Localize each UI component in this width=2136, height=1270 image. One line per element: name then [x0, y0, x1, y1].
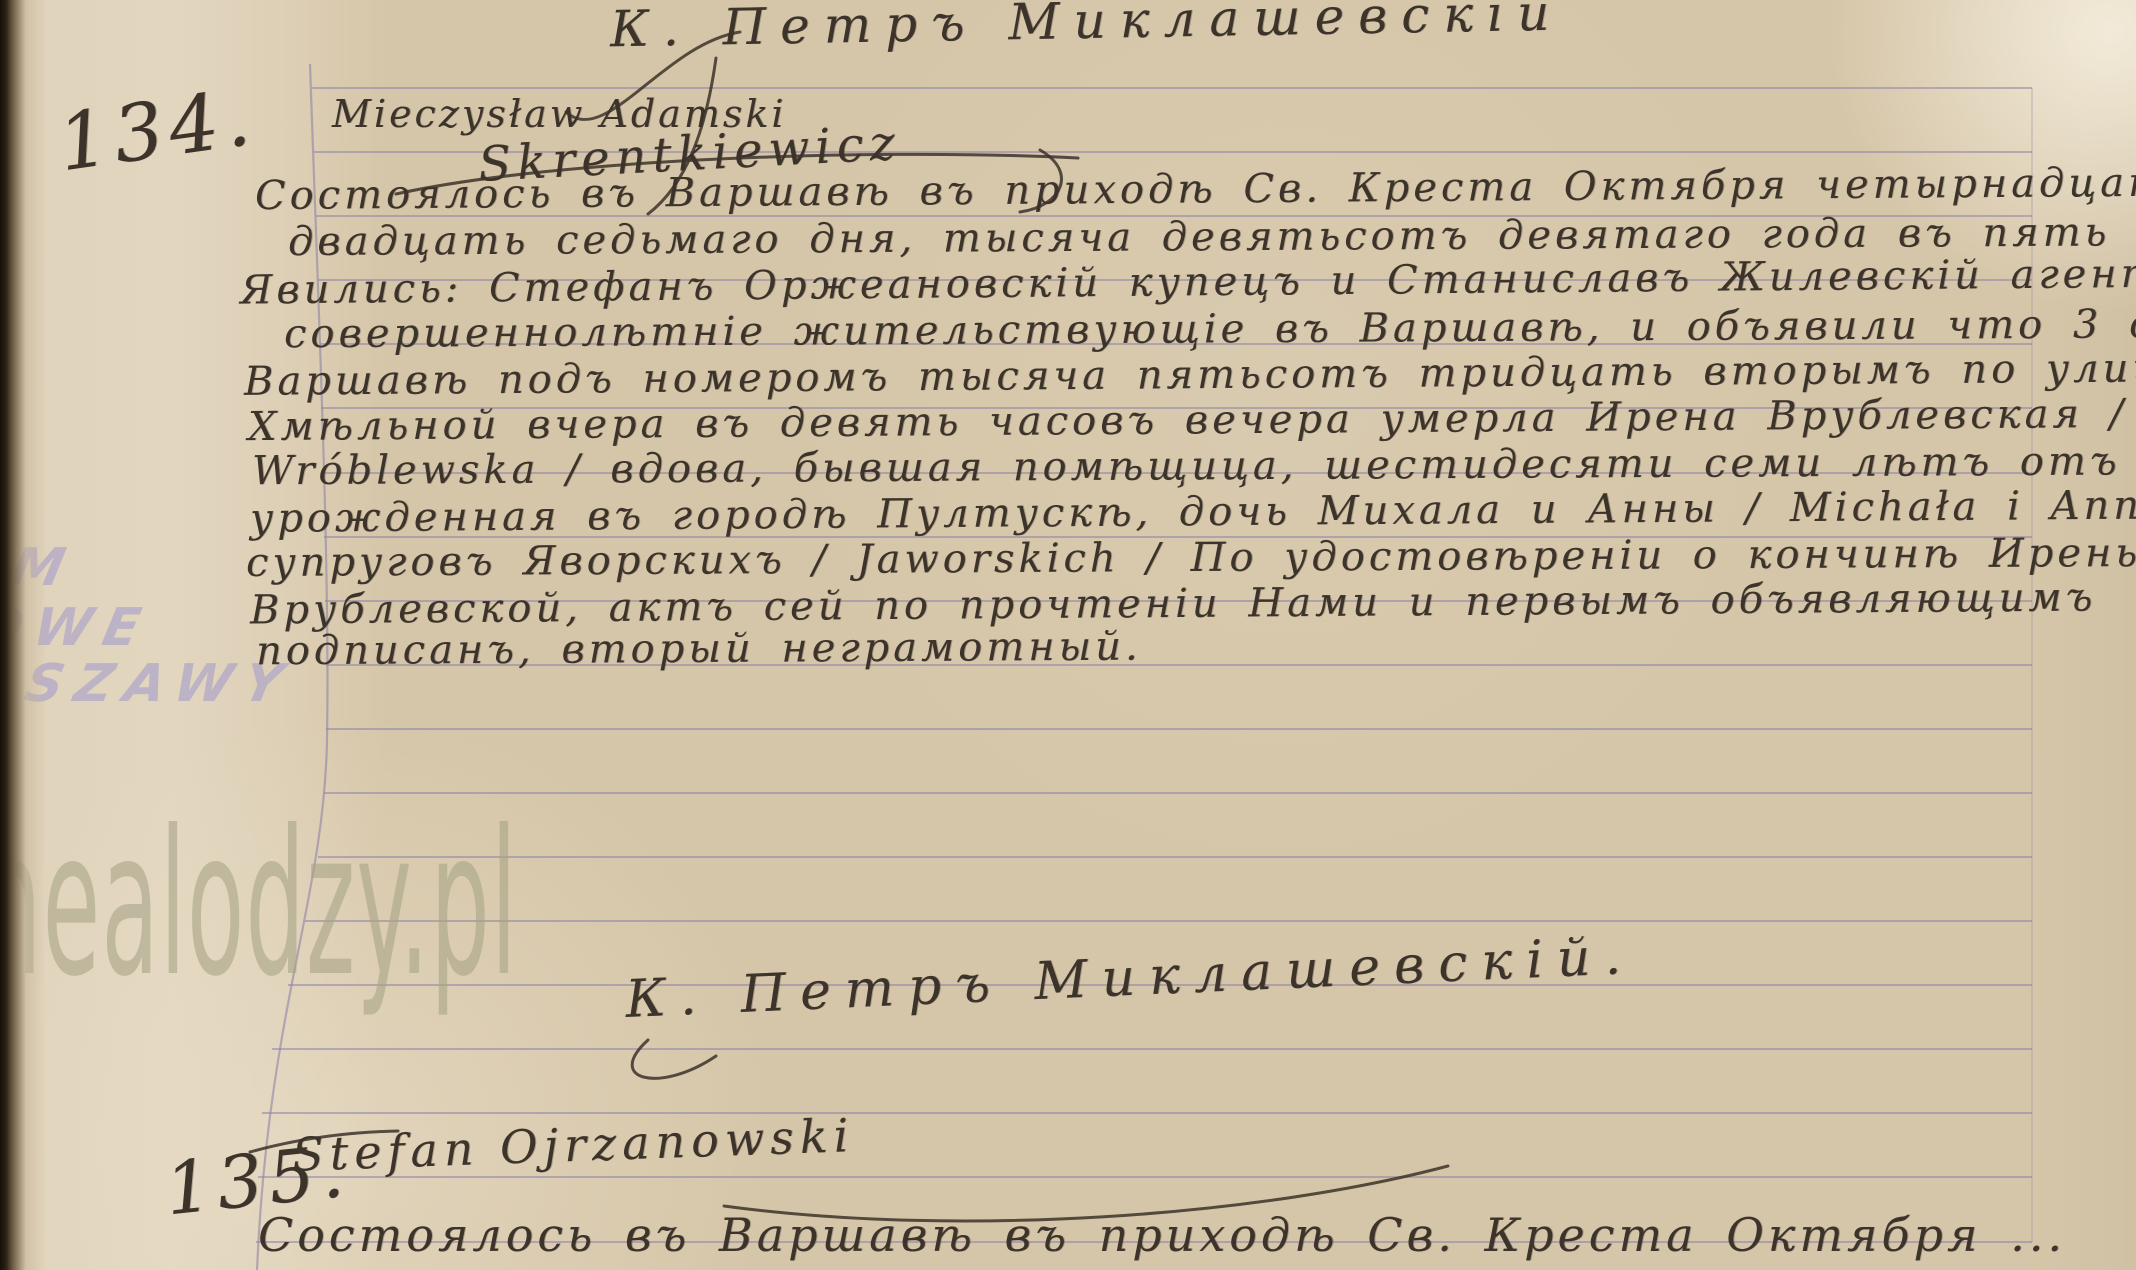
ink-flourish	[250, 1131, 398, 1152]
registry-page-scan: M OWE RSZAWY nealodzy.pl К. Петръ Миклаш…	[0, 0, 2136, 1270]
ink-flourish	[632, 1040, 716, 1078]
book-gutter-edge	[0, 0, 46, 1270]
ink-flourish	[724, 1166, 1448, 1221]
ink-flourish	[1020, 150, 1061, 212]
ink-flourish-layer	[0, 0, 2136, 1270]
ink-flourish	[396, 154, 1078, 194]
ink-flourish	[648, 58, 716, 214]
